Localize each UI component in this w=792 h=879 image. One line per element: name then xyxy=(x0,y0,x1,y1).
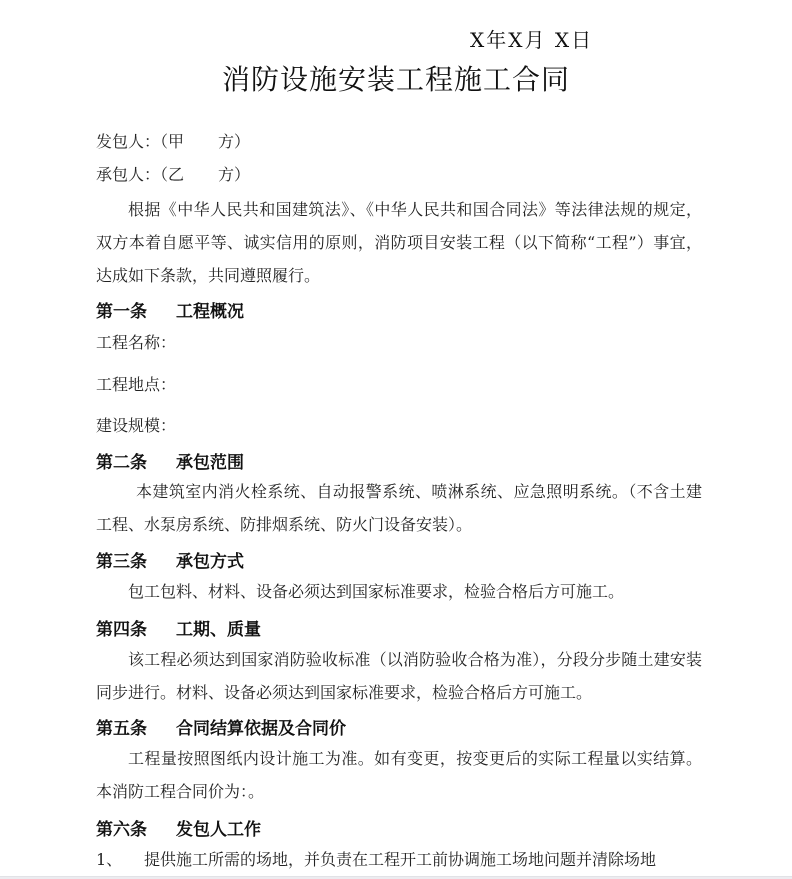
document-page: X年X月 X日 消防设施安装工程施工合同 发包人：（甲方） 承包人：（乙方） 根… xyxy=(0,0,792,876)
article-title: 工程概况 xyxy=(176,302,244,322)
article-4-body: 该工程必须达到国家消防验收标准（以消防验收合格为准），分段分步随土建安装同步进行… xyxy=(96,643,702,709)
article-title: 合同结算依据及合同价 xyxy=(176,719,346,739)
article-1-heading: 第一条工程概况 xyxy=(96,297,244,322)
field-construction-scale: 建设规模： xyxy=(96,416,176,436)
article-5-body: 工程量按照图纸内设计施工为准。如有变更，按变更后的实际工程量以实结算。本消防工程… xyxy=(96,742,702,808)
article-number: 第一条 xyxy=(96,297,176,322)
party-a-label: 发包人： xyxy=(96,132,160,151)
field-project-location: 工程地点： xyxy=(96,375,176,395)
article-2-body: 本建筑室内消火栓系统、自动报警系统、喷淋系统、应急照明系统。（不含土建工程、水泵… xyxy=(96,475,702,541)
list-item-text: 提供施工所需的场地，并负责在工程开工前协调施工场地问题并清除场地 xyxy=(144,850,656,869)
article-title: 承包范围 xyxy=(176,453,244,473)
document-title: 消防设施安装工程施工合同 xyxy=(0,58,792,98)
list-item-number: 1、 xyxy=(96,850,144,870)
article-5-heading: 第五条合同结算依据及合同价 xyxy=(96,714,346,739)
party-a: 发包人：（甲方） xyxy=(96,132,250,152)
preamble-paragraph: 根据《中华人民共和国建筑法》、《中华人民共和国合同法》等法律法规的规定，双方本着… xyxy=(96,193,702,292)
party-a-close: 方） xyxy=(218,132,250,151)
article-number: 第五条 xyxy=(96,714,176,739)
field-project-name: 工程名称： xyxy=(96,333,176,353)
article-title: 发包人工作 xyxy=(176,820,261,840)
article-number: 第六条 xyxy=(96,815,176,840)
party-b: 承包人：（乙方） xyxy=(96,165,250,185)
article-number: 第三条 xyxy=(96,547,176,572)
article-6-heading: 第六条发包人工作 xyxy=(96,815,261,840)
party-b-open: （乙 xyxy=(160,165,184,184)
article-number: 第四条 xyxy=(96,615,176,640)
article-6-item-1: 1、提供施工所需的场地，并负责在工程开工前协调施工场地问题并清除场地 xyxy=(96,850,656,870)
article-3-body: 包工包料、材料、设备必须达到国家标准要求，检验合格后方可施工。 xyxy=(96,575,702,608)
article-2-heading: 第二条承包范围 xyxy=(96,448,244,473)
party-b-close: 方） xyxy=(218,165,250,184)
article-4-heading: 第四条工期、质量 xyxy=(96,615,261,640)
contract-date: X年X月 X日 xyxy=(470,24,593,53)
article-3-heading: 第三条承包方式 xyxy=(96,547,244,572)
article-number: 第二条 xyxy=(96,448,176,473)
article-title: 承包方式 xyxy=(176,552,244,572)
party-b-label: 承包人： xyxy=(96,165,160,184)
party-a-open: （甲 xyxy=(160,132,184,151)
article-title: 工期、质量 xyxy=(176,620,261,640)
